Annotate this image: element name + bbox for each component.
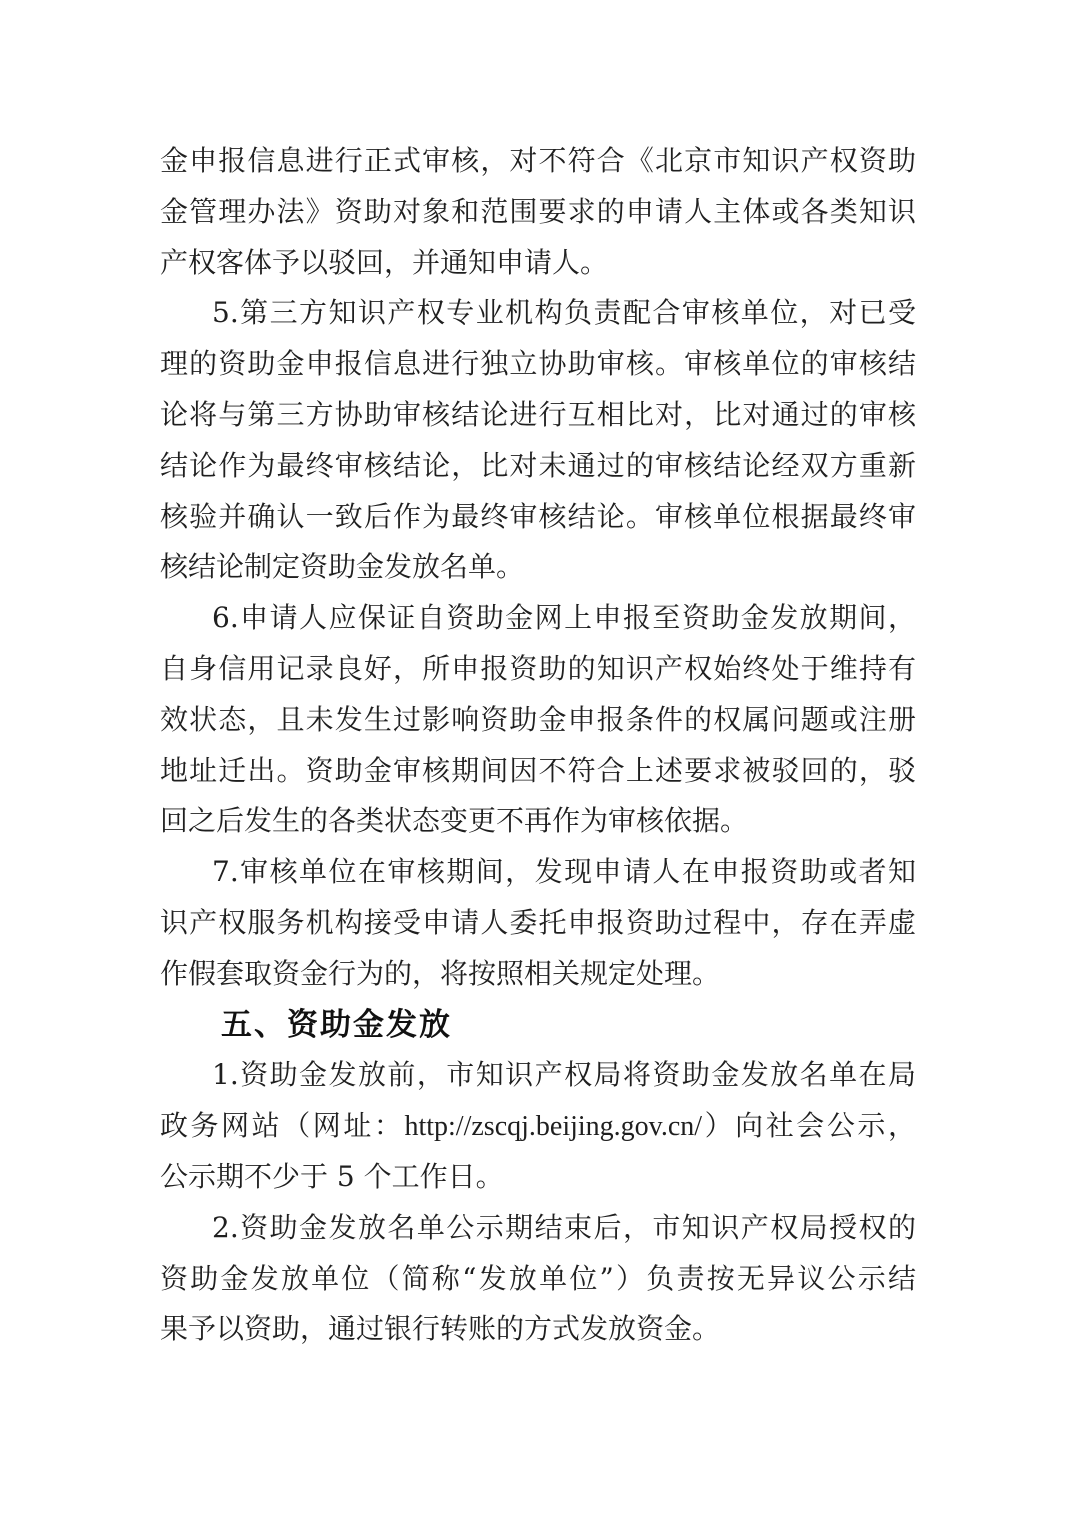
- text-line: 地址迁出。资助金审核期间因不符合上述要求被驳回的，驳: [160, 746, 916, 797]
- text-line: 论将与第三方协助审核结论进行互相比对，比对通过的审核: [160, 390, 916, 441]
- text-line: 2.资助金发放名单公示期结束后，市知识产权局授权的: [160, 1203, 916, 1254]
- text-line: 政务网站（网址：http://zscqj.beijing.gov.cn/）向社会…: [160, 1101, 916, 1152]
- section-heading: 五、资助金发放: [160, 1000, 916, 1051]
- text-line: 7.审核单位在审核期间，发现申请人在申报资助或者知: [160, 847, 916, 898]
- text-line: 资助金发放单位（简称“发放单位”）负责按无异议公示结: [160, 1254, 916, 1305]
- text-line: 理的资助金申报信息进行独立协助审核。审核单位的审核结: [160, 339, 916, 390]
- text-line: 作假套取资金行为的，将按照相关规定处理。: [160, 949, 916, 1000]
- document-page: 金申报信息进行正式审核，对不符合《北京市知识产权资助金管理办法》资助对象和范围要…: [0, 0, 1080, 1527]
- text-line: 结论作为最终审核结论，比对未通过的审核结论经双方重新: [160, 441, 916, 492]
- text-line: 6.申请人应保证自资助金网上申报至资助金发放期间，: [160, 593, 916, 644]
- text-line: 回之后发生的各类状态变更不再作为审核依据。: [160, 796, 916, 847]
- text-line: 识产权服务机构接受申请人委托申报资助过程中，存在弄虚: [160, 898, 916, 949]
- text-line: 产权客体予以驳回，并通知申请人。: [160, 238, 916, 289]
- text-line: 自身信用记录良好，所申报资助的知识产权始终处于维持有: [160, 644, 916, 695]
- text-line: 金管理办法》资助对象和范围要求的申请人主体或各类知识: [160, 187, 916, 238]
- text-line: 5.第三方知识产权专业机构负责配合审核单位，对已受: [160, 288, 916, 339]
- url-text: http://zscqj.beijing.gov.cn/: [404, 1111, 702, 1142]
- text-line: 核验并确认一致后作为最终审核结论。审核单位根据最终审: [160, 492, 916, 543]
- text-line: 果予以资助，通过银行转账的方式发放资金。: [160, 1304, 916, 1355]
- text-segment: 政务网站（网址：: [160, 1109, 404, 1142]
- text-line: 1.资助金发放前，市知识产权局将资助金发放名单在局: [160, 1050, 916, 1101]
- text-line: 核结论制定资助金发放名单。: [160, 542, 916, 593]
- text-segment: ）向社会公示，: [702, 1109, 916, 1142]
- text-line: 公示期不少于 5 个工作日。: [160, 1152, 916, 1203]
- text-block: 金申报信息进行正式审核，对不符合《北京市知识产权资助金管理办法》资助对象和范围要…: [160, 136, 916, 1355]
- text-line: 效状态，且未发生过影响资助金申报条件的权属问题或注册: [160, 695, 916, 746]
- text-line: 金申报信息进行正式审核，对不符合《北京市知识产权资助: [160, 136, 916, 187]
